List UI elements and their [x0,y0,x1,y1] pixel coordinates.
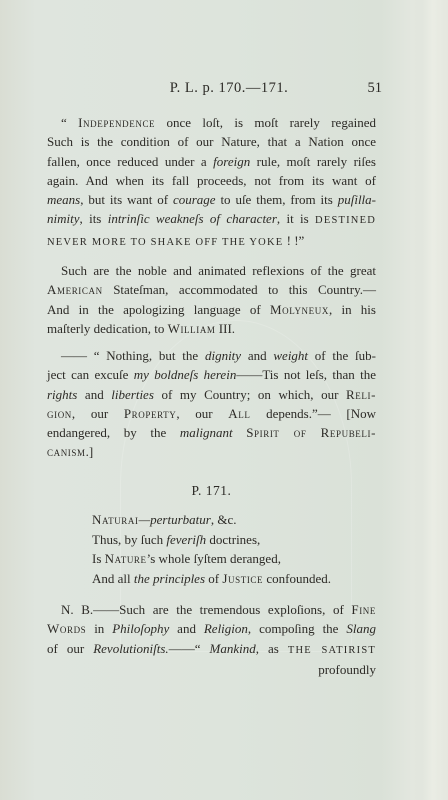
text-line: canism.] [47,442,376,461]
running-head: P. L. p. 170.—171. [46,80,382,97]
text-line: gion, our Property, our All depends.”— [… [47,404,376,423]
paragraph-molyneux-quote: —— “ Nothing, but the dignity and weight… [47,346,376,462]
text-line: —— “ Nothing, but the dignity and weight… [47,346,376,365]
text-line: Words in Philoſophy and Religion, compoſ… [47,619,376,638]
section-heading: P. 171. [47,483,376,499]
text-line: N. B.——Such are the tremendous exploſion… [47,600,376,619]
verse-line: Naturai—perturbatur, &c. [92,510,331,530]
text-line: And in the apologizing language of Molyn… [47,300,376,319]
text-line: American Stateſman, accommodated to this… [47,280,376,299]
text-line: “ Independence once loſt, is moſt rarely… [47,113,376,132]
paragraph-american-statesman: Such are the noble and animated reflexio… [47,261,376,338]
text-line: maſterly dedication, to William III. [47,319,376,338]
text-line: nimity, its intrinſic weakneſs of charac… [47,209,376,230]
verse-block: Naturai—perturbatur, &c. Thus, by ſuch f… [92,510,331,588]
text-line: rights and liberties of my Country; on w… [47,385,376,404]
text-line: NEVER MORE TO SHAKE OFF THE YOKE ! !” [47,231,376,252]
text-line: again. And when its fall proceeds, not f… [47,171,376,190]
paragraph-independence-quote: “ Independence once loſt, is moſt rarely… [47,113,376,252]
page-header: P. L. p. 170.—171. 51 [46,80,382,100]
verse-line: Is Nature’s whole ſyſtem deranged, [92,549,331,569]
text-line: ject can excuſe my boldneſs herein——Tis … [47,365,376,384]
text-line: of our Revolutioniſts.——“ Mankind, as TH… [47,639,376,660]
page-edge [422,0,448,800]
text-line: Such are the noble and animated reflexio… [47,261,376,280]
paragraph-nota-bene: N. B.——Such are the tremendous exploſion… [47,600,376,679]
text-line: means, but its want of courage to uſe th… [47,190,376,209]
page-number: 51 [368,80,383,97]
text-line: fallen, once reduced under a foreign rul… [47,152,376,171]
verse-line: Thus, by ſuch feveriſh doctrines, [92,530,331,550]
catchword: profoundly [47,660,376,679]
verse-line: And all the principles of Justice confou… [92,569,331,589]
text-line: endangered, by the malignant Spirit of R… [47,423,376,442]
text-line: Such is the condition of our Nature, tha… [47,132,376,151]
